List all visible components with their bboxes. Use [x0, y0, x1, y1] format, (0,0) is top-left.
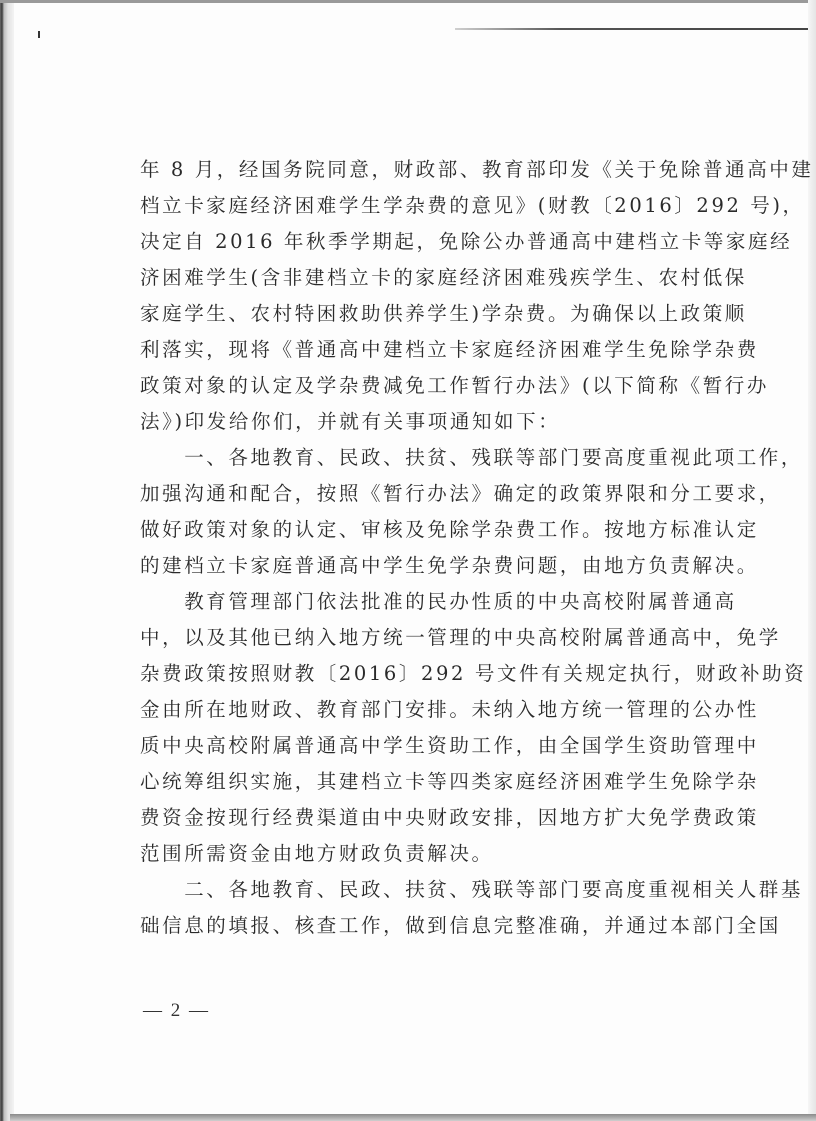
text-line: 档立卡家庭经济困难学生学杂费的意见》(财教〔2016〕292 号)， [140, 188, 685, 224]
paragraph-intro: 年 8 月，经国务院同意，财政部、教育部印发《关于免除普通高中建 档立卡家庭经济… [140, 152, 685, 440]
text-line: 教育管理部门依法批准的民办性质的中央高校附属普通高 [140, 584, 685, 620]
text-line: 济困难学生(含非建档立卡的家庭经济困难残疾学生、农村低保 [140, 260, 685, 296]
scan-mark [38, 31, 40, 38]
text-line: 心统筹组织实施，其建档立卡等四类家庭经济困难学生免除学杂 [140, 764, 685, 800]
text-line: 金由所在地财政、教育部门安排。未纳入地方统一管理的公办性 [140, 692, 685, 728]
text-line: 加强沟通和配合，按照《暂行办法》确定的政策界限和分工要求， [140, 476, 685, 512]
paragraph-section-2: 二、各地教育、民政、扶贫、残联等部门要高度重视相关人群基 础信息的填报、核查工作… [140, 872, 685, 944]
page-left-edge-shadow [0, 0, 14, 1121]
header-rule-line [455, 28, 808, 30]
text-line: 范围所需资金由地方财政负责解决。 [140, 836, 685, 872]
page-bottom-edge-shadow [10, 1114, 816, 1121]
paragraph-section-1-detail: 教育管理部门依法批准的民办性质的中央高校附属普通高 中，以及其他已纳入地方统一管… [140, 584, 685, 872]
text-line: 做好政策对象的认定、审核及免除学杂费工作。按地方标准认定 [140, 512, 685, 548]
text-line: 法》)印发给你们，并就有关事项通知如下： [140, 404, 685, 440]
text-line: 的建档立卡家庭普通高中学生免学杂费问题，由地方负责解决。 [140, 548, 685, 584]
text-line: 杂费政策按照财教〔2016〕292 号文件有关规定执行，财政补助资 [140, 656, 685, 692]
paragraph-section-1: 一、各地教育、民政、扶贫、残联等部门要高度重视此项工作， 加强沟通和配合，按照《… [140, 440, 685, 584]
text-line: 二、各地教育、民政、扶贫、残联等部门要高度重视相关人群基 [140, 872, 685, 908]
text-line: 质中央高校附属普通高中学生资助工作，由全国学生资助管理中 [140, 728, 685, 764]
text-line: 年 8 月，经国务院同意，财政部、教育部印发《关于免除普通高中建 [140, 152, 685, 188]
page-number: — 2 — [143, 1000, 210, 1022]
text-line: 费资金按现行经费渠道由中央财政安排，因地方扩大免学费政策 [140, 800, 685, 836]
text-line: 利落实，现将《普通高中建档立卡家庭经济困难学生免除学杂费 [140, 332, 685, 368]
document-body: 年 8 月，经国务院同意，财政部、教育部印发《关于免除普通高中建 档立卡家庭经济… [140, 152, 685, 944]
text-line: 政策对象的认定及学杂费减免工作暂行办法》(以下简称《暂行办 [140, 368, 685, 404]
text-line: 一、各地教育、民政、扶贫、残联等部门要高度重视此项工作， [140, 440, 685, 476]
text-line: 家庭学生、农村特困救助供养学生)学杂费。为确保以上政策顺 [140, 296, 685, 332]
text-line: 中，以及其他已纳入地方统一管理的中央高校附属普通高中，免学 [140, 620, 685, 656]
text-line: 决定自 2016 年秋季学期起，免除公办普通高中建档立卡等家庭经 [140, 224, 685, 260]
page-top-edge [0, 0, 816, 3]
text-line: 础信息的填报、核查工作，做到信息完整准确，并通过本部门全国 [140, 908, 685, 944]
